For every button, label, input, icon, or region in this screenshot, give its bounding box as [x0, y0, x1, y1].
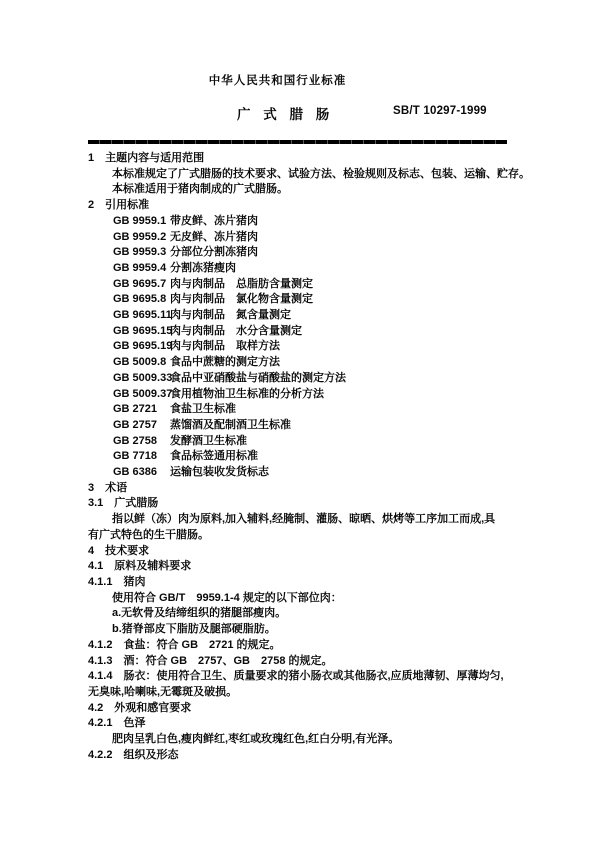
clause-number: 4.1 [88, 559, 103, 575]
doc-line: 4.1.3酒：符合 GB 2757、GB 2758 的规定。 [0, 654, 600, 670]
ref-title: 肉与肉制品 水分含量测定 [170, 324, 302, 340]
clause-number: 4.2 [88, 701, 103, 717]
document-header: 中华人民共和国行业标准 [0, 72, 555, 88]
line-text: 本标准规定了广式腊肠的技术要求、试验方法、检验规则及标志、包装、运输、贮存。 [112, 167, 530, 183]
content: 1主题内容与适用范围本标准规定了广式腊肠的技术要求、试验方法、检验规则及标志、包… [0, 151, 600, 763]
ref-code: GB 6386 [113, 465, 170, 481]
line-text: 术语 [105, 481, 127, 497]
doc-line: GB 9959.1带皮鲜、冻片猪肉 [0, 214, 600, 230]
line-text: 广式腊肠 [114, 496, 158, 512]
title-row: 广 式 腊 肠 SB/T 10297-1999 [0, 103, 600, 119]
doc-line: 4.1.1猪肉 [0, 575, 600, 591]
doc-line: 4.2.1色泽 [0, 716, 600, 732]
doc-line: 本标准规定了广式腊肠的技术要求、试验方法、检验规则及标志、包装、运输、贮存。 [0, 167, 600, 183]
doc-line: 使用符合 GB/T 9959.1-4 规定的以下部位肉： [0, 591, 600, 607]
doc-line: 4.1.4肠衣：使用符合卫生、质量要求的猪小肠衣或其他肠衣,应质地薄韧、厚薄均匀… [0, 669, 600, 685]
ref-code: GB 2758 [113, 434, 170, 450]
doc-line: 3术语 [0, 481, 600, 497]
ref-code: GB 9695.15 [113, 324, 170, 340]
doc-line: GB 9695.15肉与肉制品 水分含量测定 [0, 324, 600, 340]
line-text: 色泽 [123, 716, 145, 732]
ref-code: GB 5009.8 [113, 355, 170, 371]
ref-title: 食品中蔗糖的测定方法 [170, 355, 280, 371]
clause-number: 3 [88, 481, 94, 497]
doc-line: 4技术要求 [0, 544, 600, 560]
doc-line: 2引用标准 [0, 198, 600, 214]
ref-code: GB 9695.11 [113, 308, 170, 324]
ref-code: GB 9959.3 [113, 245, 170, 261]
ref-code: GB 9959.1 [113, 214, 170, 230]
clause-number: 4.1.3 [88, 654, 112, 670]
ref-title: 肉与肉制品 氯化物含量测定 [170, 292, 313, 308]
ref-code: GB 5009.37 [113, 387, 170, 403]
ref-code: GB 2721 [113, 402, 170, 418]
doc-line: a.无软骨及结缔组织的猪腿部瘦肉。 [0, 606, 600, 622]
doc-line: GB 2721食盐卫生标准 [0, 402, 600, 418]
line-text: 本标准适用于猪肉制成的广式腊肠。 [112, 182, 288, 198]
clause-number: 4.2.2 [88, 748, 112, 764]
line-text: 原料及辅料要求 [114, 559, 191, 575]
ref-code: GB 9695.19 [113, 339, 170, 355]
doc-line: GB 9959.3分部位分割冻猪肉 [0, 245, 600, 261]
line-text: 主题内容与适用范围 [105, 151, 204, 167]
ref-title: 食用植物油卫生标准的分析方法 [170, 387, 324, 403]
doc-line: 无臭味,哈喇味,无霉斑及破损。 [0, 685, 600, 701]
line-text: 引用标准 [105, 198, 149, 214]
line-text: 肥肉呈乳白色,瘦肉鲜红,枣红或玫瑰红色,红白分明,有光泽。 [112, 732, 399, 748]
line-text: 组织及形态 [123, 748, 178, 764]
ref-title: 无皮鲜、冻片猪肉 [170, 230, 258, 246]
doc-line: GB 9695.7肉与肉制品 总脂肪含量测定 [0, 277, 600, 293]
line-text: 外观和感官要求 [114, 701, 191, 717]
doc-line: GB 5009.37食用植物油卫生标准的分析方法 [0, 387, 600, 403]
doc-line: b.猪脊部皮下脂肪及腿部硬脂肪。 [0, 622, 600, 638]
doc-line: 4.2.2组织及形态 [0, 748, 600, 764]
ref-code: GB 9695.8 [113, 292, 170, 308]
standard-number: SB/T 10297-1999 [393, 105, 487, 117]
clause-number: 4.1.4 [88, 669, 112, 685]
ref-code: GB 2757 [113, 418, 170, 434]
ref-title: 发酵酒卫生标准 [170, 434, 247, 450]
doc-line: GB 5009.8食品中蔗糖的测定方法 [0, 355, 600, 371]
clause-number: 4.2.1 [88, 716, 112, 732]
doc-line: GB 6386运输包装收发货标志 [0, 465, 600, 481]
ref-title: 分割冻猪瘦肉 [170, 261, 236, 277]
header-rule [88, 140, 507, 144]
ref-title: 运输包装收发货标志 [170, 465, 269, 481]
ref-code: GB 5009.33 [113, 371, 170, 387]
doc-line: GB 9695.8肉与肉制品 氯化物含量测定 [0, 292, 600, 308]
clause-number: 3.1 [88, 496, 103, 512]
ref-title: 肉与肉制品 总脂肪含量测定 [170, 277, 313, 293]
clause-number: 4 [88, 544, 94, 560]
doc-line: GB 2758发酵酒卫生标准 [0, 434, 600, 450]
line-text: 猪肉 [123, 575, 145, 591]
doc-line: GB 9695.11肉与肉制品 氮含量测定 [0, 308, 600, 324]
line-text: 使用符合 GB/T 9959.1-4 规定的以下部位肉： [112, 591, 342, 607]
line-text: 酒：符合 GB 2757、GB 2758 的规定。 [123, 654, 332, 670]
doc-line: GB 9959.4分割冻猪瘦肉 [0, 261, 600, 277]
ref-title: 食品中亚硝酸盐与硝酸盐的测定方法 [170, 371, 346, 387]
doc-line: GB 7718食品标签通用标准 [0, 449, 600, 465]
doc-line: 4.1原料及辅料要求 [0, 559, 600, 575]
document-page: 中华人民共和国行业标准 广 式 腊 肠 SB/T 10297-1999 1主题内… [0, 0, 600, 849]
ref-code: GB 7718 [113, 449, 170, 465]
clause-number: 4.1.1 [88, 575, 112, 591]
doc-line: 1主题内容与适用范围 [0, 151, 600, 167]
line-text: a.无软骨及结缔组织的猪腿部瘦肉。 [112, 606, 286, 622]
ref-title: 蒸馏酒及配制酒卫生标准 [170, 418, 291, 434]
doc-line: GB 5009.33食品中亚硝酸盐与硝酸盐的测定方法 [0, 371, 600, 387]
clause-number: 2 [88, 198, 94, 214]
doc-line: GB 9695.19肉与肉制品 取样方法 [0, 339, 600, 355]
ref-title: 带皮鲜、冻片猪肉 [170, 214, 258, 230]
line-text: 技术要求 [105, 544, 149, 560]
line-text: 食盐：符合 GB 2721 的规定。 [123, 638, 280, 654]
doc-line: GB 2757蒸馏酒及配制酒卫生标准 [0, 418, 600, 434]
ref-code: GB 9959.4 [113, 261, 170, 277]
line-text: 有广式特色的生干腊肠。 [88, 528, 209, 544]
clause-number: 4.1.2 [88, 638, 112, 654]
doc-line: 指以鲜（冻）肉为原料,加入辅料,经腌制、灌肠、晾晒、烘烤等工序加工而成,具 [0, 512, 600, 528]
ref-title: 食品标签通用标准 [170, 449, 258, 465]
doc-line: 肥肉呈乳白色,瘦肉鲜红,枣红或玫瑰红色,红白分明,有光泽。 [0, 732, 600, 748]
ref-title: 肉与肉制品 取样方法 [170, 339, 280, 355]
line-text: 肠衣：使用符合卫生、质量要求的猪小肠衣或其他肠衣,应质地薄韧、厚薄均匀, [123, 669, 503, 685]
line-text: b.猪脊部皮下脂肪及腿部硬脂肪。 [112, 622, 276, 638]
doc-line: 4.2外观和感官要求 [0, 701, 600, 717]
doc-line: 4.1.2食盐：符合 GB 2721 的规定。 [0, 638, 600, 654]
ref-title: 分部位分割冻猪肉 [170, 245, 258, 261]
line-text: 指以鲜（冻）肉为原料,加入辅料,经腌制、灌肠、晾晒、烘烤等工序加工而成,具 [112, 512, 495, 528]
doc-line: GB 9959.2无皮鲜、冻片猪肉 [0, 230, 600, 246]
document-title: 广 式 腊 肠 [237, 103, 331, 123]
ref-title: 食盐卫生标准 [170, 402, 236, 418]
line-text: 无臭味,哈喇味,无霉斑及破损。 [88, 685, 237, 701]
clause-number: 1 [88, 151, 94, 167]
ref-title: 肉与肉制品 氮含量测定 [170, 308, 291, 324]
ref-code: GB 9695.7 [113, 277, 170, 293]
doc-line: 有广式特色的生干腊肠。 [0, 528, 600, 544]
doc-line: 本标准适用于猪肉制成的广式腊肠。 [0, 182, 600, 198]
doc-line: 3.1广式腊肠 [0, 496, 600, 512]
ref-code: GB 9959.2 [113, 230, 170, 246]
